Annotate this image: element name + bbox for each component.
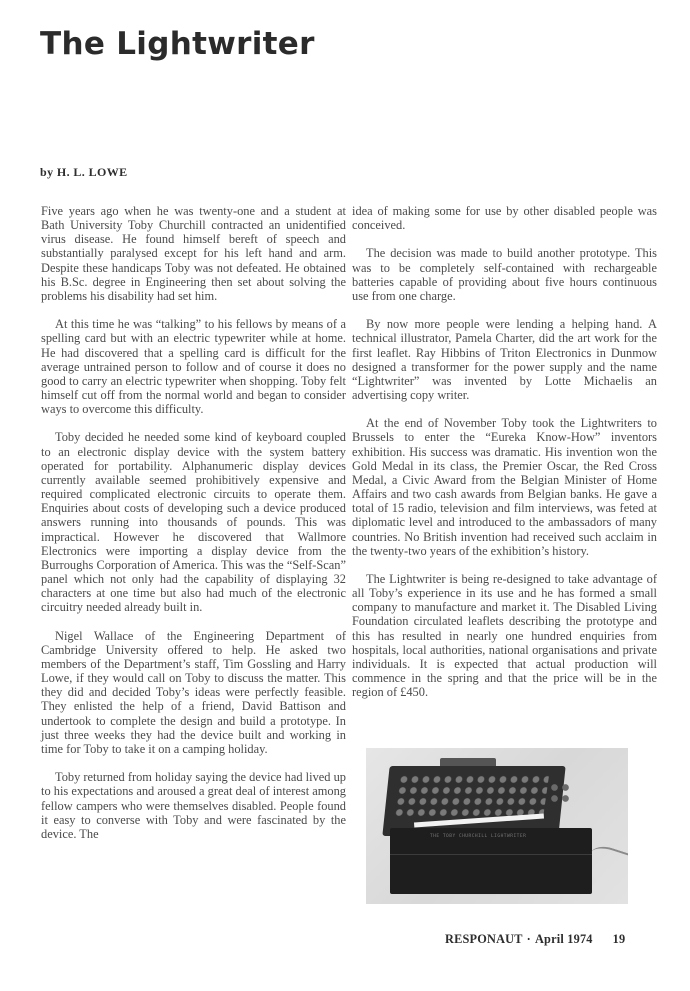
right-column: idea of making some for use by other dis… [352,204,657,714]
keyboard-keys [393,774,549,820]
paragraph: By now more people were lending a helpin… [352,317,657,402]
paragraph: idea of making some for use by other dis… [352,204,657,232]
page-footer: RESPONAUT·April 197419 [445,932,625,947]
device-front: THE TOBY CHURCHILL LIGHTWRITER [390,828,592,894]
paragraph: Toby returned from holiday saying the de… [41,770,346,841]
paragraph: At the end of November Toby took the Lig… [352,416,657,558]
page-number: 19 [613,932,626,946]
paragraph: The decision was made to build another p… [352,246,657,303]
lightwriter-photo: THE TOBY CHURCHILL LIGHTWRITER [366,748,628,904]
footer-separator: · [527,932,531,946]
side-keys [549,782,571,806]
left-column: Five years ago when he was twenty-one an… [41,204,346,855]
paragraph: Nigel Wallace of the Engineering Departm… [41,629,346,756]
issue-date: April 1974 [535,932,593,946]
paragraph: At this time he was “talking” to his fel… [41,317,346,416]
article-title: The Lightwriter [40,26,315,62]
front-band [390,854,592,855]
paragraph: The Lightwriter is being re-designed to … [352,572,657,699]
device-label: THE TOBY CHURCHILL LIGHTWRITER [430,834,526,839]
paragraph: Toby decided he needed some kind of keyb… [41,430,346,614]
publication-name: RESPONAUT [445,932,523,946]
paragraph: Five years ago when he was twenty-one an… [41,204,346,303]
byline: by H. L. LOWE [40,165,128,180]
